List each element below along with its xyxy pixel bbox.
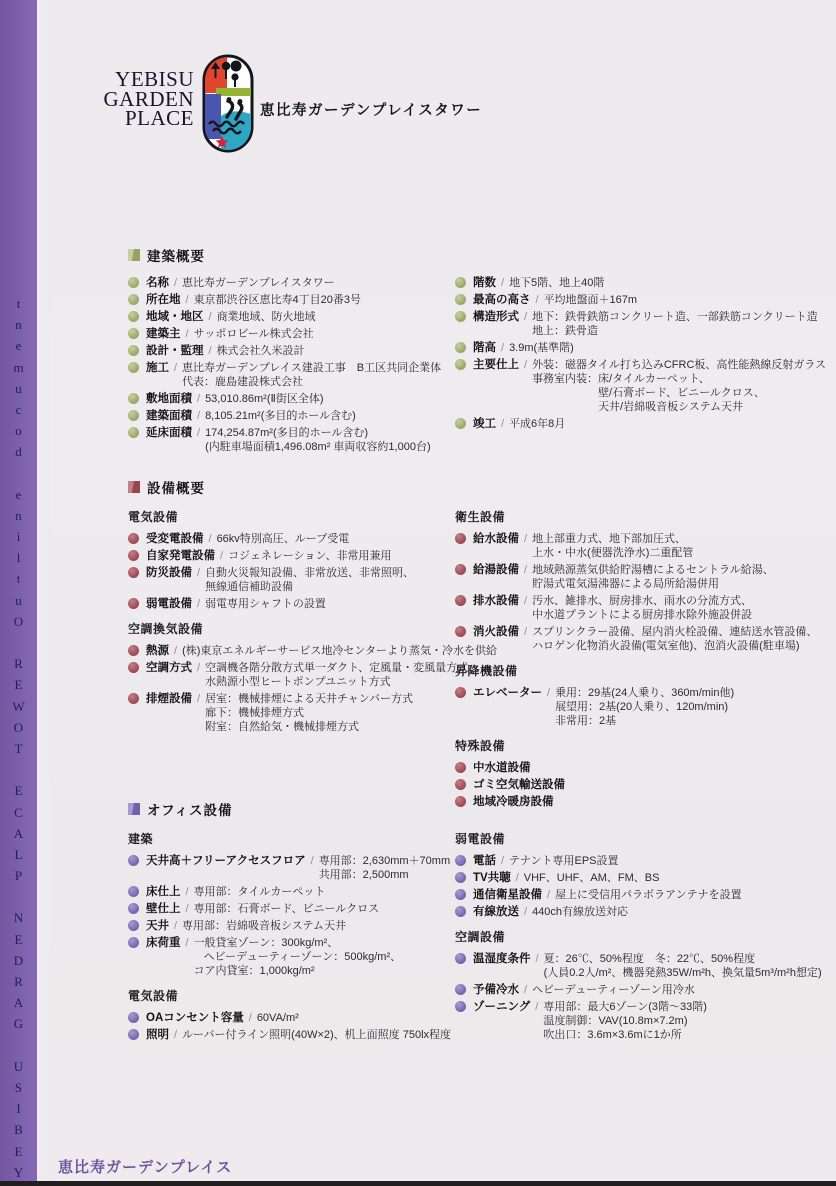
item-body: 消火設備/スプリンクラー設備、屋内消火栓設備、連結送水管設備、ハロゲン化物消火設… bbox=[473, 625, 817, 653]
sidebar-letter: S bbox=[15, 1082, 22, 1093]
sidebar-letter: E bbox=[15, 785, 23, 796]
bullet-icon bbox=[128, 693, 139, 704]
item-label: 建築面積 bbox=[146, 409, 192, 423]
spec-item: 最高の高さ/平均地盤面＋167m bbox=[455, 293, 816, 307]
item-body: TV共聴/VHF、UHF、AM、FM、BS bbox=[473, 871, 659, 885]
spec-group: 階数/地下5階、地上40階最高の高さ/平均地盤面＋167m構造形式/地下：鉄骨鉄… bbox=[455, 276, 816, 431]
value-line: (株)東京エネルギーサービス地冷センターより蒸気・冷水を供給 bbox=[182, 644, 497, 658]
item-value: 60VA/m² bbox=[257, 1011, 299, 1025]
bullet-icon bbox=[455, 953, 466, 964]
item-label: 電話 bbox=[473, 854, 496, 868]
sidebar-letter: m bbox=[13, 362, 23, 373]
value-line: 廊下：機械排煙方式 bbox=[205, 706, 413, 720]
item-value: 空調機各階分散方式単一ダクト、定風量・変風量方式、水熱源小型ヒートポンプユニット… bbox=[205, 661, 479, 689]
value-line: 地下5階、地上40階 bbox=[509, 276, 604, 290]
right-column: 弱電設備電話/テナント専用EPS設置TV共聴/VHF、UHF、AM、FM、BS通… bbox=[455, 830, 816, 1045]
separator: / bbox=[524, 358, 527, 372]
bullet-icon bbox=[455, 906, 466, 917]
bullet-icon bbox=[128, 1029, 139, 1040]
separator: / bbox=[501, 341, 504, 355]
item-label: ゾーニング bbox=[473, 1000, 530, 1014]
value-line: コジェネレーション、非常用兼用 bbox=[228, 549, 391, 563]
item-label: 照明 bbox=[146, 1028, 169, 1042]
emblem-blue-field bbox=[205, 94, 221, 139]
value-line: 株式会社久米設計 bbox=[217, 344, 305, 358]
separator: / bbox=[209, 310, 212, 324]
item-value: 株式会社久米設計 bbox=[217, 344, 305, 358]
bullet-icon bbox=[455, 872, 466, 883]
bullet-icon bbox=[128, 345, 139, 356]
spec-item: 延床面積/174,254.87m²(多目的ホール含む)(内駐車場面積1,496.… bbox=[128, 426, 455, 454]
item-value: 恵比寿ガーデンプレイス建設工事 B工区共同企業体代表：鹿島建設株式会社 bbox=[182, 361, 441, 389]
sidebar-letter: Y bbox=[14, 1167, 23, 1178]
spec-item: 空調方式/空調機各階分散方式単一ダクト、定風量・変風量方式、水熱源小型ヒートポン… bbox=[128, 661, 455, 689]
item-body: ゾーニング/専用部：最大6ゾーン(3階～33階)温度制御：VAV(10.8m×7… bbox=[473, 1000, 707, 1042]
separator: / bbox=[547, 686, 550, 700]
item-body: 予備冷水/ヘビーデューティーゾーン用冷水 bbox=[473, 983, 695, 997]
item-label: 熱源 bbox=[146, 644, 169, 658]
bullet-icon bbox=[128, 903, 139, 914]
separator: / bbox=[209, 344, 212, 358]
separator: / bbox=[311, 854, 314, 868]
sidebar-letter: e bbox=[16, 489, 22, 500]
section-heading: 建築概要 bbox=[128, 245, 816, 265]
value-line: コア内貸室：1,000kg/m² bbox=[194, 964, 402, 978]
separator: / bbox=[524, 594, 527, 608]
bullet-icon bbox=[455, 277, 466, 288]
bullet-icon bbox=[128, 393, 139, 404]
item-label: 施工 bbox=[146, 361, 169, 375]
spec-item: 建築主/サッポロビール株式会社 bbox=[128, 327, 455, 341]
value-line: 専用部：最大6ゾーン(3階～33階) bbox=[543, 1000, 707, 1014]
bullet-icon bbox=[455, 359, 466, 370]
spec-item: ゴミ空気輸送設備 bbox=[455, 778, 816, 792]
spec-item: 主要仕上/外装：磁器タイル打ち込みCFRC板、高性能熱線反射ガラス事務室内装：床… bbox=[455, 358, 816, 414]
section-title: オフィス設備 bbox=[147, 799, 233, 819]
item-body: 自家発電設備/コジェネレーション、非常用兼用 bbox=[146, 549, 392, 563]
value-line: 上水・中水(便器洗浄水)二重配管 bbox=[532, 546, 693, 560]
spec-item: 天井/専用部：岩綿吸音板システム天井 bbox=[128, 919, 455, 933]
separator: / bbox=[174, 644, 177, 658]
item-value: 東京都渋谷区恵比寿4丁目20番3号 bbox=[194, 293, 361, 307]
item-label: 有線放送 bbox=[473, 905, 519, 919]
section-office-facilities: オフィス設備建築天井高＋フリーアクセスフロア/専用部：2,630mm＋70mm共… bbox=[128, 799, 816, 1045]
item-value: 弱電専用シャフトの設置 bbox=[205, 597, 326, 611]
sidebar-letter: E bbox=[15, 679, 23, 690]
spec-item: TV共聴/VHF、UHF、AM、FM、BS bbox=[455, 871, 816, 885]
item-label: 床荷重 bbox=[146, 936, 181, 950]
group-title: 空調換気設備 bbox=[128, 620, 455, 637]
sidebar-letter: R bbox=[14, 658, 23, 669]
item-value: 屋上に受信用パラボラアンテナを設置 bbox=[555, 888, 742, 902]
item-body: 壁仕上/専用部：石膏ボード、ビニールクロス bbox=[146, 902, 379, 916]
spec-item: 階高/3.9m(基準階) bbox=[455, 341, 816, 355]
separator: / bbox=[186, 293, 189, 307]
sidebar-letter: R bbox=[14, 976, 23, 987]
bullet-icon bbox=[128, 598, 139, 609]
separator: / bbox=[197, 566, 200, 580]
item-value: VHF、UHF、AM、FM、BS bbox=[524, 871, 660, 885]
item-label: 消火設備 bbox=[473, 625, 519, 639]
item-value: 専用部：2,630mm＋70mm共用部：2,500mm bbox=[319, 854, 450, 882]
value-line: ヘビーデューティーゾーン用冷水 bbox=[532, 983, 695, 997]
bullet-icon bbox=[128, 410, 139, 421]
group-title: 電気設備 bbox=[128, 987, 455, 1004]
item-body: 熱源/(株)東京エネルギーサービス地冷センターより蒸気・冷水を供給 bbox=[146, 644, 497, 658]
bullet-icon bbox=[128, 920, 139, 931]
sidebar-letter: o bbox=[15, 425, 22, 436]
item-label: 構造形式 bbox=[473, 310, 519, 324]
item-value: 専用部：岩綿吸音板システム天井 bbox=[182, 919, 346, 933]
bullet-icon bbox=[128, 533, 139, 544]
item-value: サッポロビール株式会社 bbox=[194, 327, 314, 341]
separator: / bbox=[186, 885, 189, 899]
group-title: 弱電設備 bbox=[455, 830, 816, 847]
item-label: 地域・地区 bbox=[146, 310, 204, 324]
sidebar-letter: E bbox=[15, 934, 23, 945]
value-line: VHF、UHF、AM、FM、BS bbox=[524, 871, 660, 885]
yebisu-garden-place-emblem bbox=[202, 54, 254, 158]
separator: / bbox=[249, 1011, 252, 1025]
value-line: 地下：鉄骨鉄筋コンクリート造、一部鉄筋コンクリート造 bbox=[532, 310, 818, 324]
emblem-green-band bbox=[216, 88, 252, 96]
spec-item: 防災設備/自動火災報知設備、非常放送、非常照明、無線通信補助設備 bbox=[128, 566, 455, 594]
item-label: 階数 bbox=[473, 276, 496, 290]
sidebar-letter: O bbox=[14, 722, 23, 733]
right-column: 衛生設備給水設備/地上部重力式、地下部加圧式、上水・中水(便器洗浄水)二重配管給… bbox=[455, 508, 816, 812]
value-line: 中水道プラントによる厨房排水除外施設併設 bbox=[532, 608, 752, 622]
spec-item: 弱電設備/弱電専用シャフトの設置 bbox=[128, 597, 455, 611]
value-line: 弱電専用シャフトの設置 bbox=[205, 597, 326, 611]
item-label: 排水設備 bbox=[473, 594, 519, 608]
item-body: 階数/地下5階、地上40階 bbox=[473, 276, 604, 290]
sidebar-letter: n bbox=[15, 319, 22, 330]
bullet-icon bbox=[455, 294, 466, 305]
item-value: ルーバー付ライン照明(40W×2)、机上面照度 750lx程度 bbox=[182, 1028, 451, 1042]
section-title: 建築概要 bbox=[147, 245, 205, 265]
value-line: (人員0.2人/m²、機器発熱35W/m²h、換気量5m³/m²h想定) bbox=[544, 966, 822, 980]
separator: / bbox=[174, 361, 177, 375]
sidebar-letter: T bbox=[15, 743, 23, 754]
item-body: 中水道設備 bbox=[473, 761, 531, 775]
section-heading: 設備概要 bbox=[128, 477, 816, 497]
item-value: 地域熱源蒸気供給貯湯槽によるセントラル給湯、貯湯式電気湯沸器による局所給湯併用 bbox=[532, 563, 774, 591]
spec-item: 階数/地下5階、地上40階 bbox=[455, 276, 816, 290]
value-line: 地上部重力式、地下部加圧式、 bbox=[532, 532, 693, 546]
item-body: 給水設備/地上部重力式、地下部加圧式、上水・中水(便器洗浄水)二重配管 bbox=[473, 532, 693, 560]
spec-item: 敷地面積/53,010.86m²(Ⅱ街区全体) bbox=[128, 392, 455, 406]
bullet-icon bbox=[455, 533, 466, 544]
section-building-overview: 建築概要名称/恵比寿ガーデンプレイスタワー所在地/東京都渋谷区恵比寿4丁目20番… bbox=[128, 245, 816, 457]
item-label: 天井高＋フリーアクセスフロア bbox=[146, 854, 306, 868]
item-label: 中水道設備 bbox=[473, 761, 531, 775]
item-value: 恵比寿ガーデンプレイスタワー bbox=[182, 276, 335, 290]
value-line: 壁/石膏ボード、ビニールクロス、 bbox=[532, 386, 826, 400]
sidebar-letter: G bbox=[14, 1018, 23, 1029]
value-line: 事務室内装：床/タイルカーペット、 bbox=[532, 372, 826, 386]
value-line: 商業地域、防火地域 bbox=[217, 310, 316, 324]
building-overview-icon bbox=[128, 249, 140, 261]
item-label: 床仕上 bbox=[146, 885, 181, 899]
spec-group: 建築天井高＋フリーアクセスフロア/専用部：2,630mm＋70mm共用部：2,5… bbox=[128, 830, 455, 978]
separator: / bbox=[197, 409, 200, 423]
bullet-icon bbox=[455, 779, 466, 790]
value-line: (内駐車場面積1,496.08m² 車両収容約1,000台) bbox=[205, 440, 431, 454]
bullet-icon bbox=[455, 687, 466, 698]
spec-item: 電話/テナント専用EPS設置 bbox=[455, 854, 816, 868]
item-body: 空調方式/空調機各階分散方式単一ダクト、定風量・変風量方式、水熱源小型ヒートポン… bbox=[146, 661, 479, 689]
item-label: 壁仕上 bbox=[146, 902, 181, 916]
item-value: 地下：鉄骨鉄筋コンクリート造、一部鉄筋コンクリート造地上：鉄骨造 bbox=[532, 310, 818, 338]
separator: / bbox=[186, 327, 189, 341]
item-body: 給湯設備/地域熱源蒸気供給貯湯槽によるセントラル給湯、貯湯式電気湯沸器による局所… bbox=[473, 563, 774, 591]
sidebar-letter: I bbox=[16, 1103, 20, 1114]
value-line: 代表：鹿島建設株式会社 bbox=[182, 375, 441, 389]
item-label: 自家発電設備 bbox=[146, 549, 215, 563]
logo-wordmark: YEBISU GARDEN PLACE bbox=[86, 70, 194, 129]
sidebar-letter: P bbox=[15, 870, 22, 881]
item-label: 建築主 bbox=[146, 327, 181, 341]
separator: / bbox=[524, 532, 527, 546]
bullet-icon bbox=[128, 294, 139, 305]
group-title: 電気設備 bbox=[128, 508, 455, 525]
spec-group: 名称/恵比寿ガーデンプレイスタワー所在地/東京都渋谷区恵比寿4丁目20番3号地域… bbox=[128, 276, 455, 454]
item-label: OAコンセント容量 bbox=[146, 1011, 244, 1025]
item-label: 階高 bbox=[473, 341, 496, 355]
item-body: 天井高＋フリーアクセスフロア/専用部：2,630mm＋70mm共用部：2,500… bbox=[146, 854, 450, 882]
value-line: 貯湯式電気湯沸器による局所給湯併用 bbox=[532, 577, 774, 591]
item-label: 排煙設備 bbox=[146, 692, 192, 706]
page-title: 恵比寿ガーデンプレイスタワー bbox=[260, 99, 482, 120]
separator: / bbox=[186, 902, 189, 916]
item-value: 汚水、雑排水、厨房排水、雨水の分流方式、中水道プラントによる厨房排水除外施設併設 bbox=[532, 594, 752, 622]
item-body: 床荷重/一般貸室ゾーン：300kg/m²、ヘビーデューティーゾーン：500kg/… bbox=[146, 936, 401, 978]
value-line: 平成6年8月 bbox=[509, 417, 565, 431]
sidebar-letter: L bbox=[15, 849, 23, 860]
section-columns: 名称/恵比寿ガーデンプレイスタワー所在地/東京都渋谷区恵比寿4丁目20番3号地域… bbox=[128, 276, 816, 457]
sidebar-letter: e bbox=[16, 340, 22, 351]
separator: / bbox=[220, 549, 223, 563]
value-line: 専用部：2,630mm＋70mm bbox=[319, 854, 450, 868]
value-line: 空調機各階分散方式単一ダクト、定風量・変風量方式、 bbox=[205, 661, 479, 675]
sidebar-letter: u bbox=[15, 595, 22, 606]
item-body: 有線放送/440ch有線放送対応 bbox=[473, 905, 628, 919]
value-line: 60VA/m² bbox=[257, 1011, 299, 1025]
sidebar-vertical-text: tnemucod eniltuO REWOT ECALP NEDRAG USIB… bbox=[0, 298, 37, 1178]
value-line: 8,105.21m²(多目的ホール含む) bbox=[205, 409, 356, 423]
spec-group: 昇降機設備エレベーター/乗用：29基(24人乗り、360m/min他)展望用：2… bbox=[455, 662, 816, 728]
separator: / bbox=[209, 532, 212, 546]
item-label: 設計・監理 bbox=[146, 344, 204, 358]
item-label: TV共聴 bbox=[473, 871, 511, 885]
spec-item: 床荷重/一般貸室ゾーン：300kg/m²、ヘビーデューティーゾーン：500kg/… bbox=[128, 936, 455, 978]
item-body: OAコンセント容量/60VA/m² bbox=[146, 1011, 299, 1025]
bullet-icon bbox=[128, 1012, 139, 1023]
separator: / bbox=[501, 276, 504, 290]
logo-line-3: PLACE bbox=[86, 109, 194, 129]
separator: / bbox=[536, 952, 539, 966]
item-body: 排水設備/汚水、雑排水、厨房排水、雨水の分流方式、中水道プラントによる厨房排水除… bbox=[473, 594, 752, 622]
sidebar-letter: N bbox=[14, 912, 23, 923]
separator: / bbox=[174, 1028, 177, 1042]
value-line: 附室：自然給気・機械排煙方式 bbox=[205, 720, 413, 734]
value-line: 水熱源小型ヒートポンプユニット方式 bbox=[205, 675, 479, 689]
spec-item: 設計・監理/株式会社久米設計 bbox=[128, 344, 455, 358]
spec-item: 熱源/(株)東京エネルギーサービス地冷センターより蒸気・冷水を供給 bbox=[128, 644, 455, 658]
item-value: 商業地域、防火地域 bbox=[217, 310, 316, 324]
spec-item: 消火設備/スプリンクラー設備、屋内消火栓設備、連結送水管設備、ハロゲン化物消火設… bbox=[455, 625, 816, 653]
separator: / bbox=[501, 854, 504, 868]
item-body: 所在地/東京都渋谷区恵比寿4丁目20番3号 bbox=[146, 293, 361, 307]
item-value: コジェネレーション、非常用兼用 bbox=[228, 549, 391, 563]
value-line: 無線通信補助設備 bbox=[205, 580, 414, 594]
item-body: 建築面積/8,105.21m²(多目的ホール含む) bbox=[146, 409, 356, 423]
separator: / bbox=[197, 661, 200, 675]
spec-item: 所在地/東京都渋谷区恵比寿4丁目20番3号 bbox=[128, 293, 455, 307]
value-line: 専用部：タイルカーペット bbox=[194, 885, 326, 899]
value-line: 恵比寿ガーデンプレイス建設工事 B工区共同企業体 bbox=[182, 361, 441, 375]
sidebar-letter: c bbox=[16, 404, 22, 415]
item-value: 専用部：石膏ボード、ビニールクロス bbox=[194, 902, 380, 916]
item-body: 主要仕上/外装：磁器タイル打ち込みCFRC板、高性能熱線反射ガラス事務室内装：床… bbox=[473, 358, 826, 414]
value-line: 3.9m(基準階) bbox=[509, 341, 574, 355]
item-body: 温湿度条件/夏：26℃、50%程度 冬：22℃、50%程度(人員0.2人/m²、… bbox=[473, 952, 822, 980]
value-line: 非常用：2基 bbox=[555, 714, 734, 728]
separator: / bbox=[516, 871, 519, 885]
item-label: 温湿度条件 bbox=[473, 952, 531, 966]
page-bottom-edge bbox=[0, 1181, 836, 1186]
spec-group: 空調換気設備熱源/(株)東京エネルギーサービス地冷センターより蒸気・冷水を供給空… bbox=[128, 620, 455, 734]
item-body: 地域・地区/商業地域、防火地域 bbox=[146, 310, 316, 324]
spec-group: 電気設備受変電設備/66kv特別高圧、ループ受電自家発電設備/コジェネレーション… bbox=[128, 508, 455, 611]
item-label: 空調方式 bbox=[146, 661, 192, 675]
item-body: 通信衛星設備/屋上に受信用パラボラアンテナを設置 bbox=[473, 888, 742, 902]
spec-item: 天井高＋フリーアクセスフロア/専用部：2,630mm＋70mm共用部：2,500… bbox=[128, 854, 455, 882]
value-line: 専用部：石膏ボード、ビニールクロス bbox=[194, 902, 380, 916]
value-line: 乗用：29基(24人乗り、360m/min他) bbox=[555, 686, 734, 700]
group-title: 衛生設備 bbox=[455, 508, 816, 525]
item-label: 防災設備 bbox=[146, 566, 192, 580]
sidebar-letter: i bbox=[17, 531, 21, 542]
value-line: 夏：26℃、50%程度 冬：22℃、50%程度 bbox=[544, 952, 822, 966]
value-line: 吹出口：3.6m×3.6mに1か所 bbox=[543, 1028, 707, 1042]
item-label: 予備冷水 bbox=[473, 983, 519, 997]
bullet-icon bbox=[128, 311, 139, 322]
item-value: 平成6年8月 bbox=[509, 417, 565, 431]
item-value: 乗用：29基(24人乗り、360m/min他)展望用：2基(20人乗り、120m… bbox=[555, 686, 734, 728]
value-line: テナント専用EPS設置 bbox=[509, 854, 618, 868]
sidebar-letter: u bbox=[15, 383, 22, 394]
item-body: 施工/恵比寿ガーデンプレイス建設工事 B工区共同企業体代表：鹿島建設株式会社 bbox=[146, 361, 441, 389]
item-value: 174,254.87m²(多目的ホール含む)(内駐車場面積1,496.08m² … bbox=[205, 426, 431, 454]
spec-item: 通信衛星設備/屋上に受信用パラボラアンテナを設置 bbox=[455, 888, 816, 902]
sidebar-letter: D bbox=[14, 955, 23, 966]
spec-item: 有線放送/440ch有線放送対応 bbox=[455, 905, 816, 919]
spec-group: 空調設備温湿度条件/夏：26℃、50%程度 冬：22℃、50%程度(人員0.2人… bbox=[455, 928, 816, 1042]
spec-item: 給水設備/地上部重力式、地下部加圧式、上水・中水(便器洗浄水)二重配管 bbox=[455, 532, 816, 560]
spec-item: 予備冷水/ヘビーデューティーゾーン用冷水 bbox=[455, 983, 816, 997]
item-label: 給湯設備 bbox=[473, 563, 519, 577]
spec-group: 弱電設備電話/テナント専用EPS設置TV共聴/VHF、UHF、AM、FM、BS通… bbox=[455, 830, 816, 919]
item-label: 敷地面積 bbox=[146, 392, 192, 406]
sidebar-letter: O bbox=[14, 616, 23, 627]
facilities-overview-icon bbox=[128, 481, 140, 493]
bullet-icon bbox=[128, 328, 139, 339]
sidebar-letter: t bbox=[17, 298, 21, 309]
spec-item: 名称/恵比寿ガーデンプレイスタワー bbox=[128, 276, 455, 290]
spec-item: 排煙設備/居室：機械排煙による天井チャンバー方式廊下：機械排煙方式附室：自然給気… bbox=[128, 692, 455, 734]
bullet-icon bbox=[128, 427, 139, 438]
item-label: 主要仕上 bbox=[473, 358, 519, 372]
spec-item: エレベーター/乗用：29基(24人乗り、360m/min他)展望用：2基(20人… bbox=[455, 686, 816, 728]
item-value: (株)東京エネルギーサービス地冷センターより蒸気・冷水を供給 bbox=[182, 644, 497, 658]
item-label: 天井 bbox=[146, 919, 169, 933]
group-title: 昇降機設備 bbox=[455, 662, 816, 679]
value-line: 地上：鉄骨造 bbox=[532, 324, 818, 338]
bullet-icon bbox=[128, 662, 139, 673]
bullet-icon bbox=[455, 595, 466, 606]
separator: / bbox=[174, 919, 177, 933]
spec-item: 施工/恵比寿ガーデンプレイス建設工事 B工区共同企業体代表：鹿島建設株式会社 bbox=[128, 361, 455, 389]
separator: / bbox=[547, 888, 550, 902]
value-line: ルーバー付ライン照明(40W×2)、机上面照度 750lx程度 bbox=[182, 1028, 451, 1042]
sidebar-letter: t bbox=[17, 573, 21, 584]
section-heading: オフィス設備 bbox=[128, 799, 816, 819]
separator: / bbox=[174, 276, 177, 290]
sidebar-letter: A bbox=[14, 828, 23, 839]
office-facilities-icon bbox=[128, 803, 140, 815]
item-body: 天井/専用部：岩綿吸音板システム天井 bbox=[146, 919, 346, 933]
item-body: 敷地面積/53,010.86m²(Ⅱ街区全体) bbox=[146, 392, 324, 406]
item-label: 受変電設備 bbox=[146, 532, 204, 546]
item-value: 地下5階、地上40階 bbox=[509, 276, 604, 290]
value-line: 外装：磁器タイル打ち込みCFRC板、高性能熱線反射ガラス bbox=[532, 358, 826, 372]
separator: / bbox=[197, 692, 200, 706]
bullet-icon bbox=[128, 937, 139, 948]
separator: / bbox=[524, 625, 527, 639]
bullet-icon bbox=[455, 564, 466, 575]
sidebar-letter: l bbox=[17, 552, 21, 563]
value-line: 恵比寿ガーデンプレイスタワー bbox=[182, 276, 335, 290]
bullet-icon bbox=[455, 1001, 466, 1012]
sidebar-letter: d bbox=[15, 446, 22, 457]
spec-item: 温湿度条件/夏：26℃、50%程度 冬：22℃、50%程度(人員0.2人/m²、… bbox=[455, 952, 816, 980]
value-line: 平均地盤面＋167m bbox=[544, 293, 638, 307]
item-value: 居室：機械排煙による天井チャンバー方式廊下：機械排煙方式附室：自然給気・機械排煙… bbox=[205, 692, 413, 734]
item-value: 440ch有線放送対応 bbox=[532, 905, 628, 919]
value-line: ハロゲン化物消火設備(電気室他)、泡消火設備(駐車場) bbox=[532, 639, 817, 653]
sidebar-letter: E bbox=[15, 1146, 23, 1157]
bullet-icon bbox=[455, 311, 466, 322]
value-line: 居室：機械排煙による天井チャンバー方式 bbox=[205, 692, 413, 706]
value-line: 屋上に受信用パラボラアンテナを設置 bbox=[555, 888, 742, 902]
bullet-icon bbox=[128, 855, 139, 866]
value-line: ヘビーデューティーゾーン：500kg/m²、 bbox=[194, 950, 402, 964]
item-label: 名称 bbox=[146, 276, 169, 290]
value-line: 174,254.87m²(多目的ホール含む) bbox=[205, 426, 431, 440]
spec-item: 受変電設備/66kv特別高圧、ループ受電 bbox=[128, 532, 455, 546]
value-line: 66kv特別高圧、ループ受電 bbox=[217, 532, 350, 546]
item-body: 排煙設備/居室：機械排煙による天井チャンバー方式廊下：機械排煙方式附室：自然給気… bbox=[146, 692, 413, 734]
item-body: 最高の高さ/平均地盤面＋167m bbox=[473, 293, 637, 307]
bullet-icon bbox=[455, 762, 466, 773]
value-line: 一般貸室ゾーン：300kg/m²、 bbox=[194, 936, 402, 950]
item-value: 66kv特別高圧、ループ受電 bbox=[217, 532, 350, 546]
item-value: 夏：26℃、50%程度 冬：22℃、50%程度(人員0.2人/m²、機器発熱35… bbox=[544, 952, 822, 980]
sidebar-letter: C bbox=[14, 807, 23, 818]
item-label: 最高の高さ bbox=[473, 293, 531, 307]
spec-item: 建築面積/8,105.21m²(多目的ホール含む) bbox=[128, 409, 455, 423]
